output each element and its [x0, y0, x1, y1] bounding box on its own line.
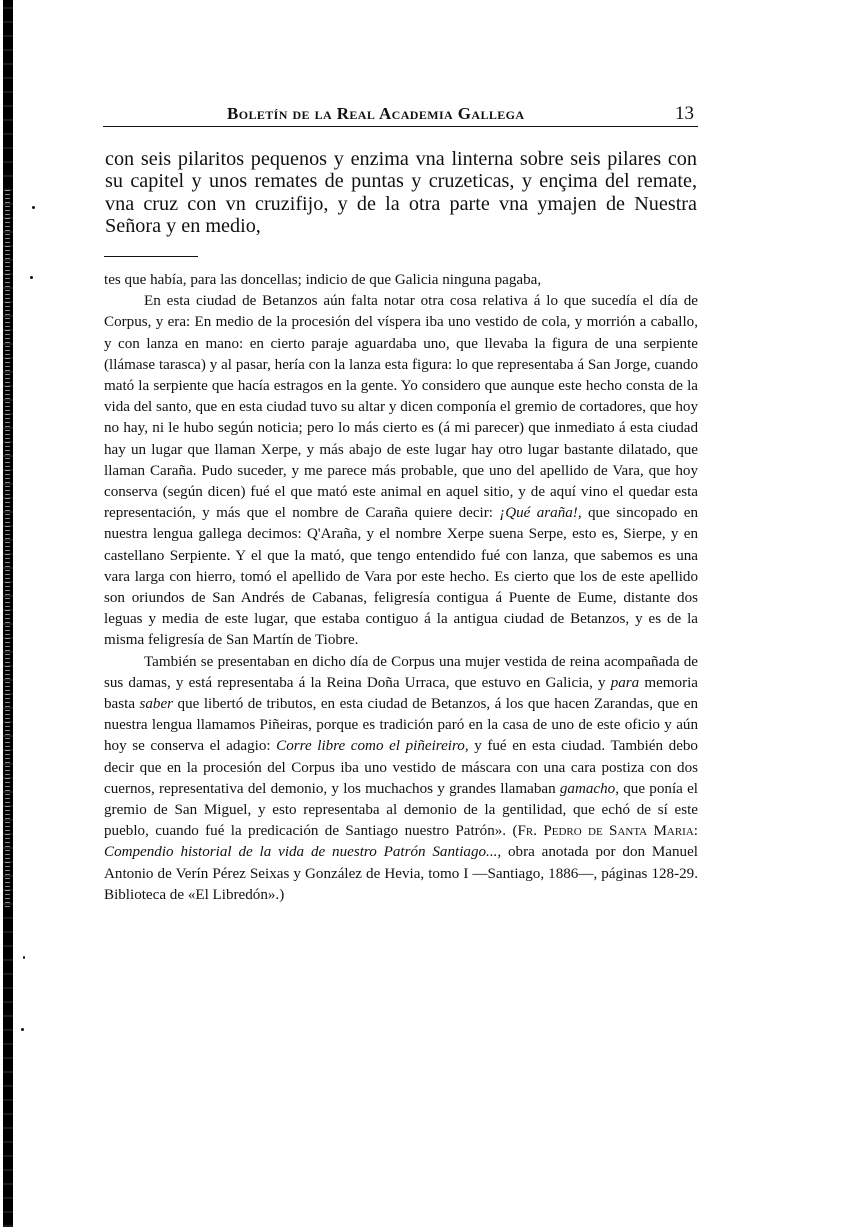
footnote-paragraph: En esta ciudad de Betanzos aún falta not…: [104, 291, 698, 651]
text-run: gamacho,: [560, 781, 619, 797]
text-run: En esta ciudad de Betanzos aún falta not…: [104, 293, 698, 521]
text-run: que sincopado en nuestra lengua gallega …: [104, 505, 698, 648]
journal-title: Boletín de la Real Academia Gallega: [227, 104, 524, 124]
text-run: ¡Qué araña!,: [499, 505, 581, 521]
scan-speck: [32, 206, 35, 209]
text-run: :: [694, 823, 698, 839]
scan-speck: [23, 956, 25, 959]
text-run: Fr. Pedro de Santa Maria: [517, 823, 693, 839]
text-run: También se presentaban en dicho día de C…: [104, 654, 698, 691]
footnote-paragraph: tes que había, para las doncellas; indic…: [104, 270, 698, 291]
footnote-divider: [104, 256, 198, 257]
footnote-block: tes que había, para las doncellas; indic…: [104, 270, 698, 906]
main-text: con seis pilaritos pequenos y enzima vna…: [105, 148, 697, 237]
scan-speck: [21, 1028, 24, 1031]
footnote-paragraph: También se presentaban en dicho día de C…: [104, 652, 698, 906]
scan-binding-edge: [3, 0, 13, 1227]
text-run: Compendio historial de la vida de nuestr…: [104, 844, 501, 860]
scan-speck: [30, 276, 33, 279]
text-run: Corre libre como el piñeireiro,: [276, 738, 468, 754]
text-run: para: [611, 675, 640, 691]
text-run: saber: [140, 696, 174, 712]
page-number: 13: [675, 103, 694, 125]
running-header: Boletín de la Real Academia Gallega 13: [103, 104, 698, 127]
